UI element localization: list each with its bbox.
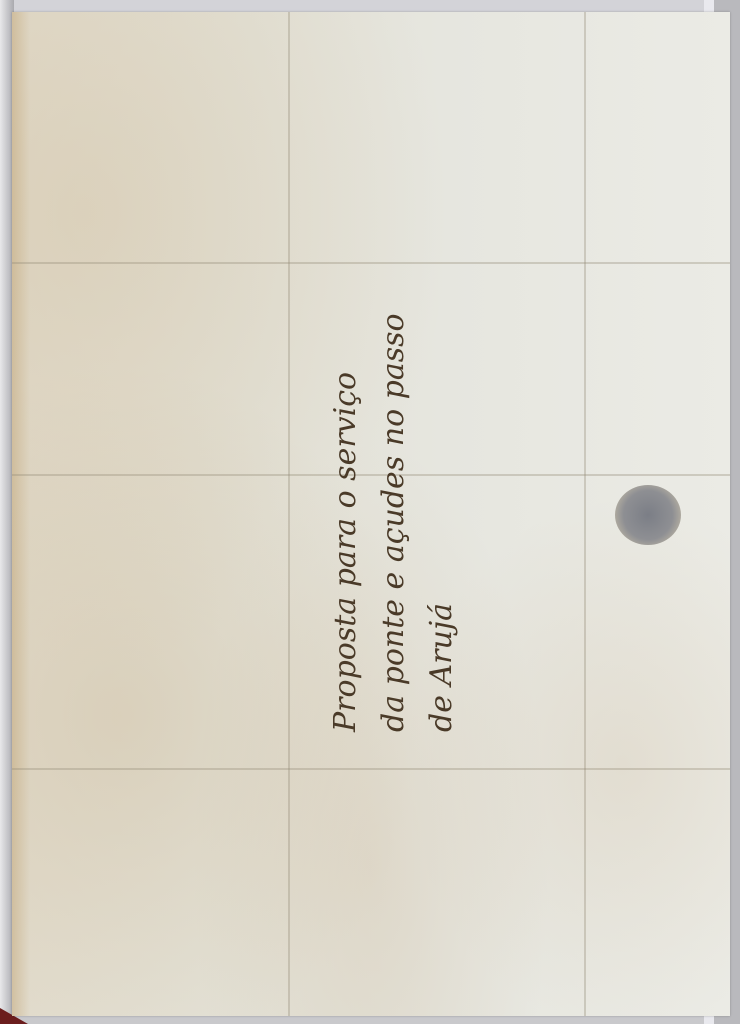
- fold-line: [12, 768, 730, 770]
- fold-line: [288, 12, 290, 1016]
- wax-seal-stain: [615, 485, 681, 545]
- text-line: de Arujá: [418, 272, 466, 732]
- fold-line: [12, 262, 730, 264]
- handwritten-title: Proposta para o serviço da ponte e açude…: [322, 272, 466, 732]
- text-line: da ponte e açudes no passo: [370, 272, 418, 732]
- fold-line: [584, 12, 586, 1016]
- aged-edge: [12, 12, 30, 1016]
- text-line: Proposta para o serviço: [322, 272, 370, 732]
- backdrop-top: [0, 0, 740, 12]
- manuscript-page: Proposta para o serviço da ponte e açude…: [12, 12, 730, 1016]
